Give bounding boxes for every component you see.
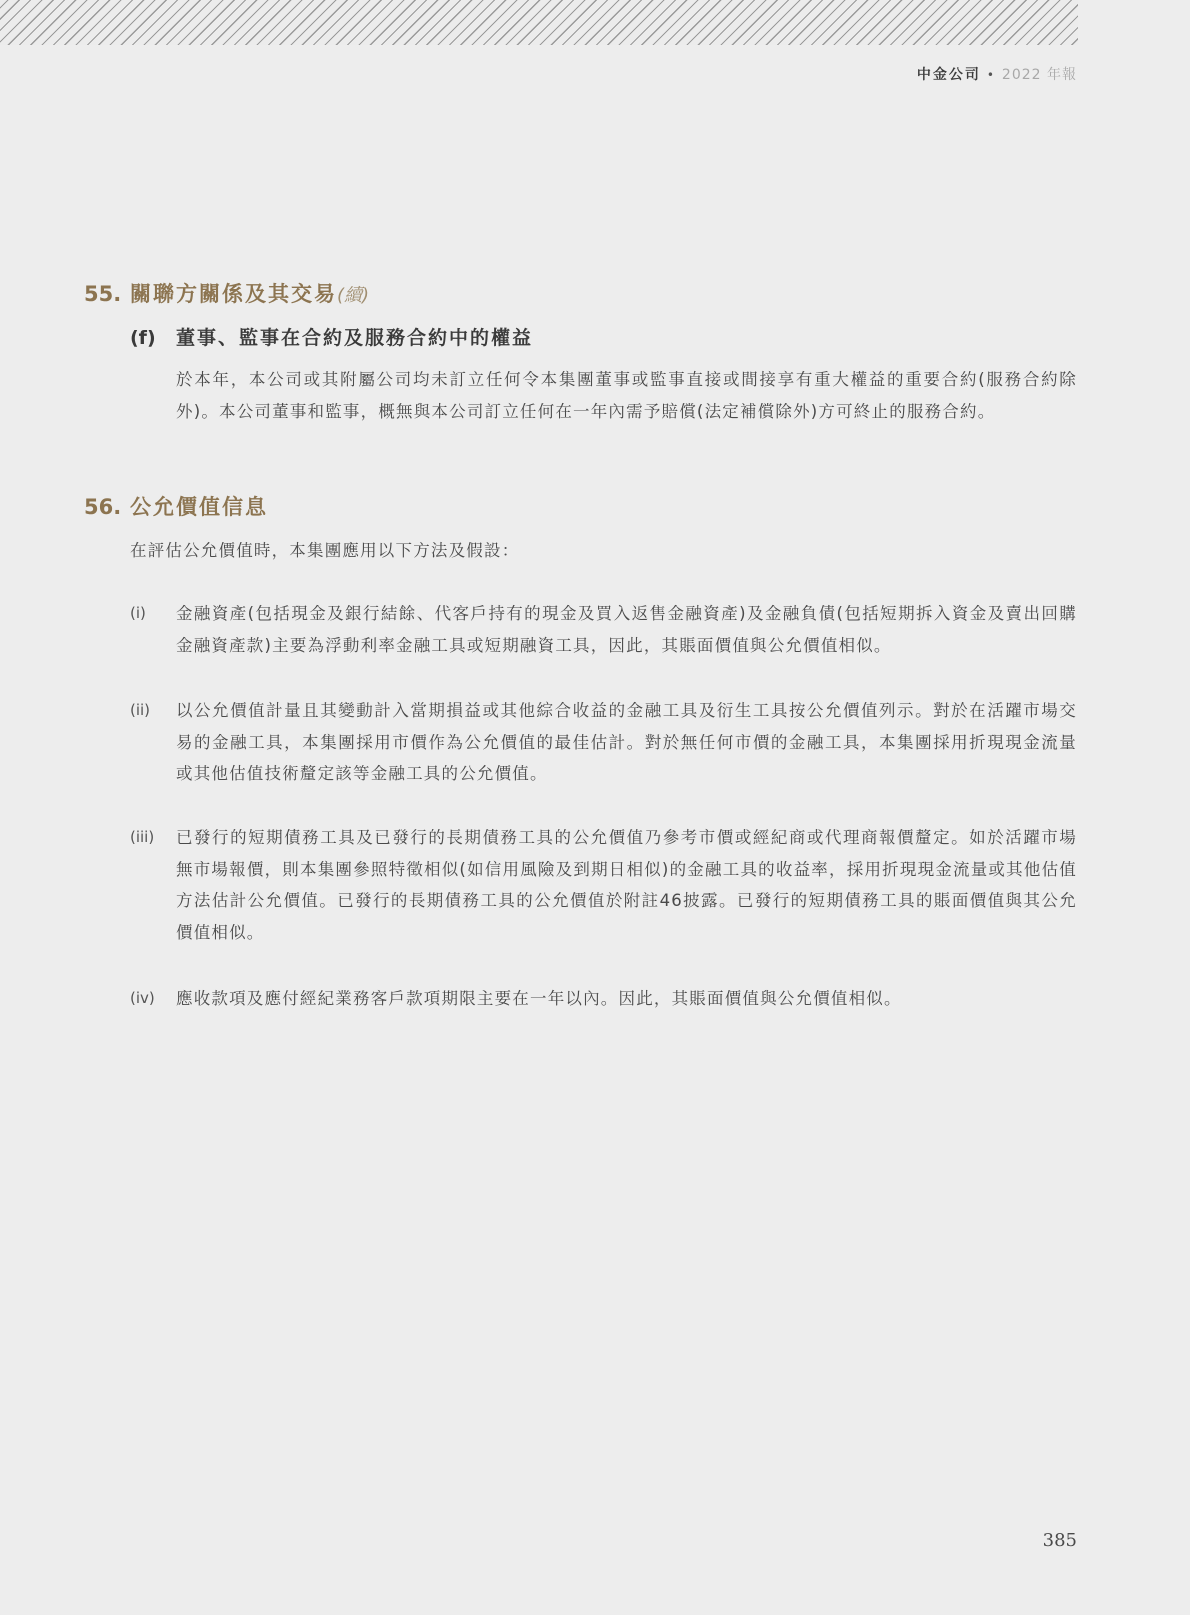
subsection-label: (f) bbox=[130, 327, 176, 349]
section-title: 公允價值信息 bbox=[130, 495, 268, 519]
page-number: 385 bbox=[1043, 1530, 1077, 1551]
list-item-text: 以公允價值計量且其變動計入當期損益或其他綜合收益的金融工具及衍生工具按公允價值列… bbox=[176, 695, 1077, 790]
list-item: (ii) 以公允價值計量且其變動計入當期損益或其他綜合收益的金融工具及衍生工具按… bbox=[130, 695, 1077, 790]
list-marker: (iv) bbox=[130, 983, 155, 1015]
list-marker: (ii) bbox=[130, 695, 150, 727]
running-header: 中金公司•2022 年報 bbox=[917, 64, 1077, 84]
list-marker: (iii) bbox=[130, 822, 154, 854]
subsection-f-body: 於本年，本公司或其附屬公司均未訂立任何令本集團董事或監事直接或間接享有重大權益的… bbox=[176, 364, 1077, 427]
list-item-text: 金融資產(包括現金及銀行結餘、代客戶持有的現金及買入返售金融資產)及金融負債(包… bbox=[176, 598, 1077, 661]
section-number: 56. bbox=[84, 495, 130, 519]
subsection-f-heading: (f)董事、監事在合約及服務合約中的權益 bbox=[130, 323, 533, 350]
list-marker: (i) bbox=[130, 598, 146, 630]
list-item: (i) 金融資產(包括現金及銀行結餘、代客戶持有的現金及買入返售金融資產)及金融… bbox=[130, 598, 1077, 661]
list-item-text: 已發行的短期債務工具及已發行的長期債務工具的公允價值乃參考市價或經紀商或代理商報… bbox=[176, 822, 1077, 948]
section-56-intro: 在評估公允價值時，本集團應用以下方法及假設： bbox=[130, 535, 519, 567]
section-55-heading: 55.關聯方關係及其交易(續) bbox=[84, 278, 369, 308]
section-title: 關聯方關係及其交易 bbox=[130, 282, 337, 306]
list-item: (iv) 應收款項及應付經紀業務客戶款項期限主要在一年以內。因此，其賬面價值與公… bbox=[130, 983, 1077, 1015]
report-title: 2022 年報 bbox=[1002, 67, 1077, 83]
list-item: (iii) 已發行的短期債務工具及已發行的長期債務工具的公允價值乃參考市價或經紀… bbox=[130, 822, 1077, 948]
decorative-hatched-band bbox=[0, 0, 1078, 45]
section-56-heading: 56.公允價值信息 bbox=[84, 491, 268, 521]
company-name: 中金公司 bbox=[917, 67, 981, 83]
continued-label: (續) bbox=[337, 285, 369, 306]
subsection-title: 董事、監事在合約及服務合約中的權益 bbox=[176, 327, 533, 349]
bullet-separator: • bbox=[987, 68, 996, 82]
list-item-text: 應收款項及應付經紀業務客戶款項期限主要在一年以內。因此，其賬面價值與公允價值相似… bbox=[176, 983, 1077, 1015]
section-number: 55. bbox=[84, 282, 130, 306]
